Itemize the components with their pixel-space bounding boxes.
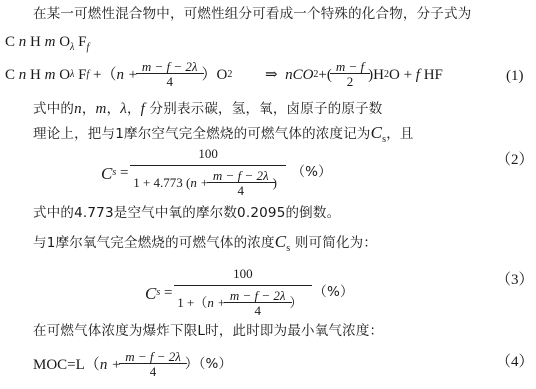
- implies-arrow-icon: ⇒: [265, 68, 278, 83]
- eq3-inner-denominator: 4: [224, 302, 292, 319]
- eq2-den-close: ): [273, 176, 277, 191]
- sep: ，: [107, 101, 121, 117]
- eq3-Cs-sub: s: [156, 288, 160, 298]
- Cs-symbol-2: C: [275, 232, 287, 251]
- eq1-H: H: [30, 68, 41, 83]
- eq2-Cs-sub: s: [112, 168, 116, 178]
- equation-number-2: （2）: [496, 153, 534, 168]
- eq1-F: F: [78, 68, 86, 83]
- eq1-O-plus: O +: [389, 68, 412, 83]
- eq3-den-pre: 1 +（: [177, 296, 207, 311]
- eq2-unit: （%）: [291, 166, 331, 180]
- eq4-fraction: m − f − 2λ 4: [122, 350, 184, 381]
- theory-end: ，且: [386, 126, 413, 142]
- eq3-numerator: 100: [230, 267, 256, 285]
- oxygen-simplify-paragraph: 与1摩尔氧气完全燃烧的可燃气体的浓度Cs 则可简化为：: [33, 233, 377, 254]
- molecular-formula: C n H m Oλ Ff: [5, 35, 89, 53]
- var-lambda: λ: [120, 101, 127, 117]
- eq1-plus-paren: +（: [93, 68, 116, 83]
- eq2-inner-fraction: m − f − 2λ 4: [210, 169, 272, 200]
- eq4-lhs: MOC=L（: [33, 358, 100, 373]
- eq1-HF: HF: [424, 68, 443, 83]
- eq4-denominator: 4: [119, 363, 187, 380]
- equation-1-rhs: ⇒ nCO2 +( m − f 2 )H2O + f HF: [265, 55, 443, 95]
- Cs-sub-2: s: [286, 243, 290, 254]
- eq3-inner-fraction: m − f − 2λ 4: [227, 289, 289, 320]
- eq2-den-pre: 1 + 4.773 (: [133, 176, 190, 191]
- formula-lambda: λ: [70, 42, 74, 53]
- eq1-m: m: [45, 68, 56, 83]
- eq1-f: f: [86, 70, 89, 80]
- formula-f: f: [86, 42, 89, 53]
- formula-m: m: [45, 34, 56, 50]
- eq3-equals: =: [164, 286, 172, 301]
- var-f: f: [141, 101, 145, 117]
- Cs-symbol: C: [371, 123, 383, 142]
- intro-paragraph: 在某一可燃性混合物中，可燃性组分可看成一个特殊的化合物，分子式为: [33, 8, 471, 22]
- variable-description: 式中的n，m，λ，f 分别表示碳，氢，氧，卤原子的原子数: [33, 102, 382, 117]
- var-desc-post: 分别表示碳，氢，氧，卤原子的原子数: [150, 101, 383, 117]
- equation-number-4: （4）: [496, 355, 534, 370]
- eq1-H2O: )H: [368, 68, 384, 83]
- eq4-numerator: m − f − 2λ: [122, 350, 184, 364]
- eq1-f-coef: f: [416, 68, 420, 83]
- eq2-fraction: 100 1 + 4.773 (n + m − f − 2λ 4 ): [133, 147, 283, 199]
- eq3-unit: （%）: [313, 286, 353, 300]
- eq2-Cs: C: [101, 165, 112, 182]
- eq2-inner-numerator: m − f − 2λ: [210, 169, 272, 183]
- eq1-numerator: m − f − 2λ: [139, 60, 201, 74]
- eq2-numerator: 100: [195, 147, 221, 165]
- formula-C: C: [5, 34, 15, 50]
- eq1-fraction: m − f − 2λ 4: [139, 60, 201, 91]
- eq2-inner-denominator: 4: [207, 182, 275, 199]
- oxygen-pre: 与1摩尔氧气完全燃烧的可燃气体的浓度: [33, 235, 275, 251]
- eq1-O2-sub: 2: [227, 70, 232, 80]
- formula-n: n: [19, 34, 27, 50]
- eq3-den-close: ）: [290, 296, 303, 311]
- eq1-O: O: [59, 68, 70, 83]
- var-n: n: [74, 101, 82, 117]
- var-desc-pre: 式中的: [33, 101, 74, 117]
- theory-paragraph: 理论上，把与1摩尔空气完全燃烧的可燃气体的浓度记为Cs，且: [33, 124, 414, 145]
- eq1-frac2-denominator: 2: [330, 73, 370, 90]
- sep: ，: [82, 101, 96, 117]
- eq1-nCO: nCO: [285, 68, 313, 83]
- equation-3: Cs = 100 1 +（n + m − f − 2λ 4 ） （%）: [145, 263, 354, 323]
- sep: ，: [127, 101, 141, 117]
- equation-number-3: （3）: [496, 273, 534, 288]
- oxygen-post: 则可简化为：: [295, 235, 377, 251]
- eq4-n-plus: n +: [100, 358, 121, 373]
- eq1-n: n: [19, 68, 27, 83]
- eq3-Cs: C: [145, 285, 156, 302]
- eq1-lambda: λ: [70, 70, 74, 80]
- eq3-inner-numerator: m − f − 2λ: [227, 289, 289, 303]
- formula-O: O: [59, 34, 70, 50]
- equation-1: C n H m Oλ Ff +（ n + m − f − 2λ 4 ）O2: [5, 55, 232, 95]
- eq1-fraction-2: m − f 2: [333, 60, 367, 91]
- eq1-frac2-numerator: m − f: [333, 60, 367, 74]
- moc-intro: 在可燃气体浓度为爆炸下限L时，此时即为最小氧气浓度：: [33, 325, 383, 339]
- theory-text: 理论上，把与1摩尔空气完全燃烧的可燃气体的浓度记为: [33, 126, 371, 142]
- equation-number-1: (1): [506, 69, 524, 84]
- eq1-n-plus: n +: [116, 68, 137, 83]
- formula-H: H: [30, 34, 41, 50]
- eq1-O2: ）O: [202, 68, 228, 83]
- eq2-equals: =: [120, 166, 128, 181]
- eq4-close: ）（%）: [185, 358, 232, 372]
- var-m: m: [96, 101, 107, 117]
- eq2-denominator: 1 + 4.773 (n + m − f − 2λ 4 ): [130, 165, 286, 200]
- note-4773: 式中的4.773是空气中氧的摩尔数0.2095的倒数。: [33, 207, 340, 221]
- equation-2: Cs = 100 1 + 4.773 (n + m − f − 2λ 4 ) （…: [101, 143, 332, 203]
- eq1-denominator: 4: [136, 73, 204, 90]
- eq1-C: C: [5, 68, 15, 83]
- eq3-denominator: 1 +（n + m − f − 2λ 4 ）: [174, 285, 311, 320]
- equation-4: MOC=L（ n + m − f − 2λ 4 ）（%）: [33, 343, 232, 387]
- eq3-fraction: 100 1 +（n + m − f − 2λ 4 ）: [177, 267, 308, 319]
